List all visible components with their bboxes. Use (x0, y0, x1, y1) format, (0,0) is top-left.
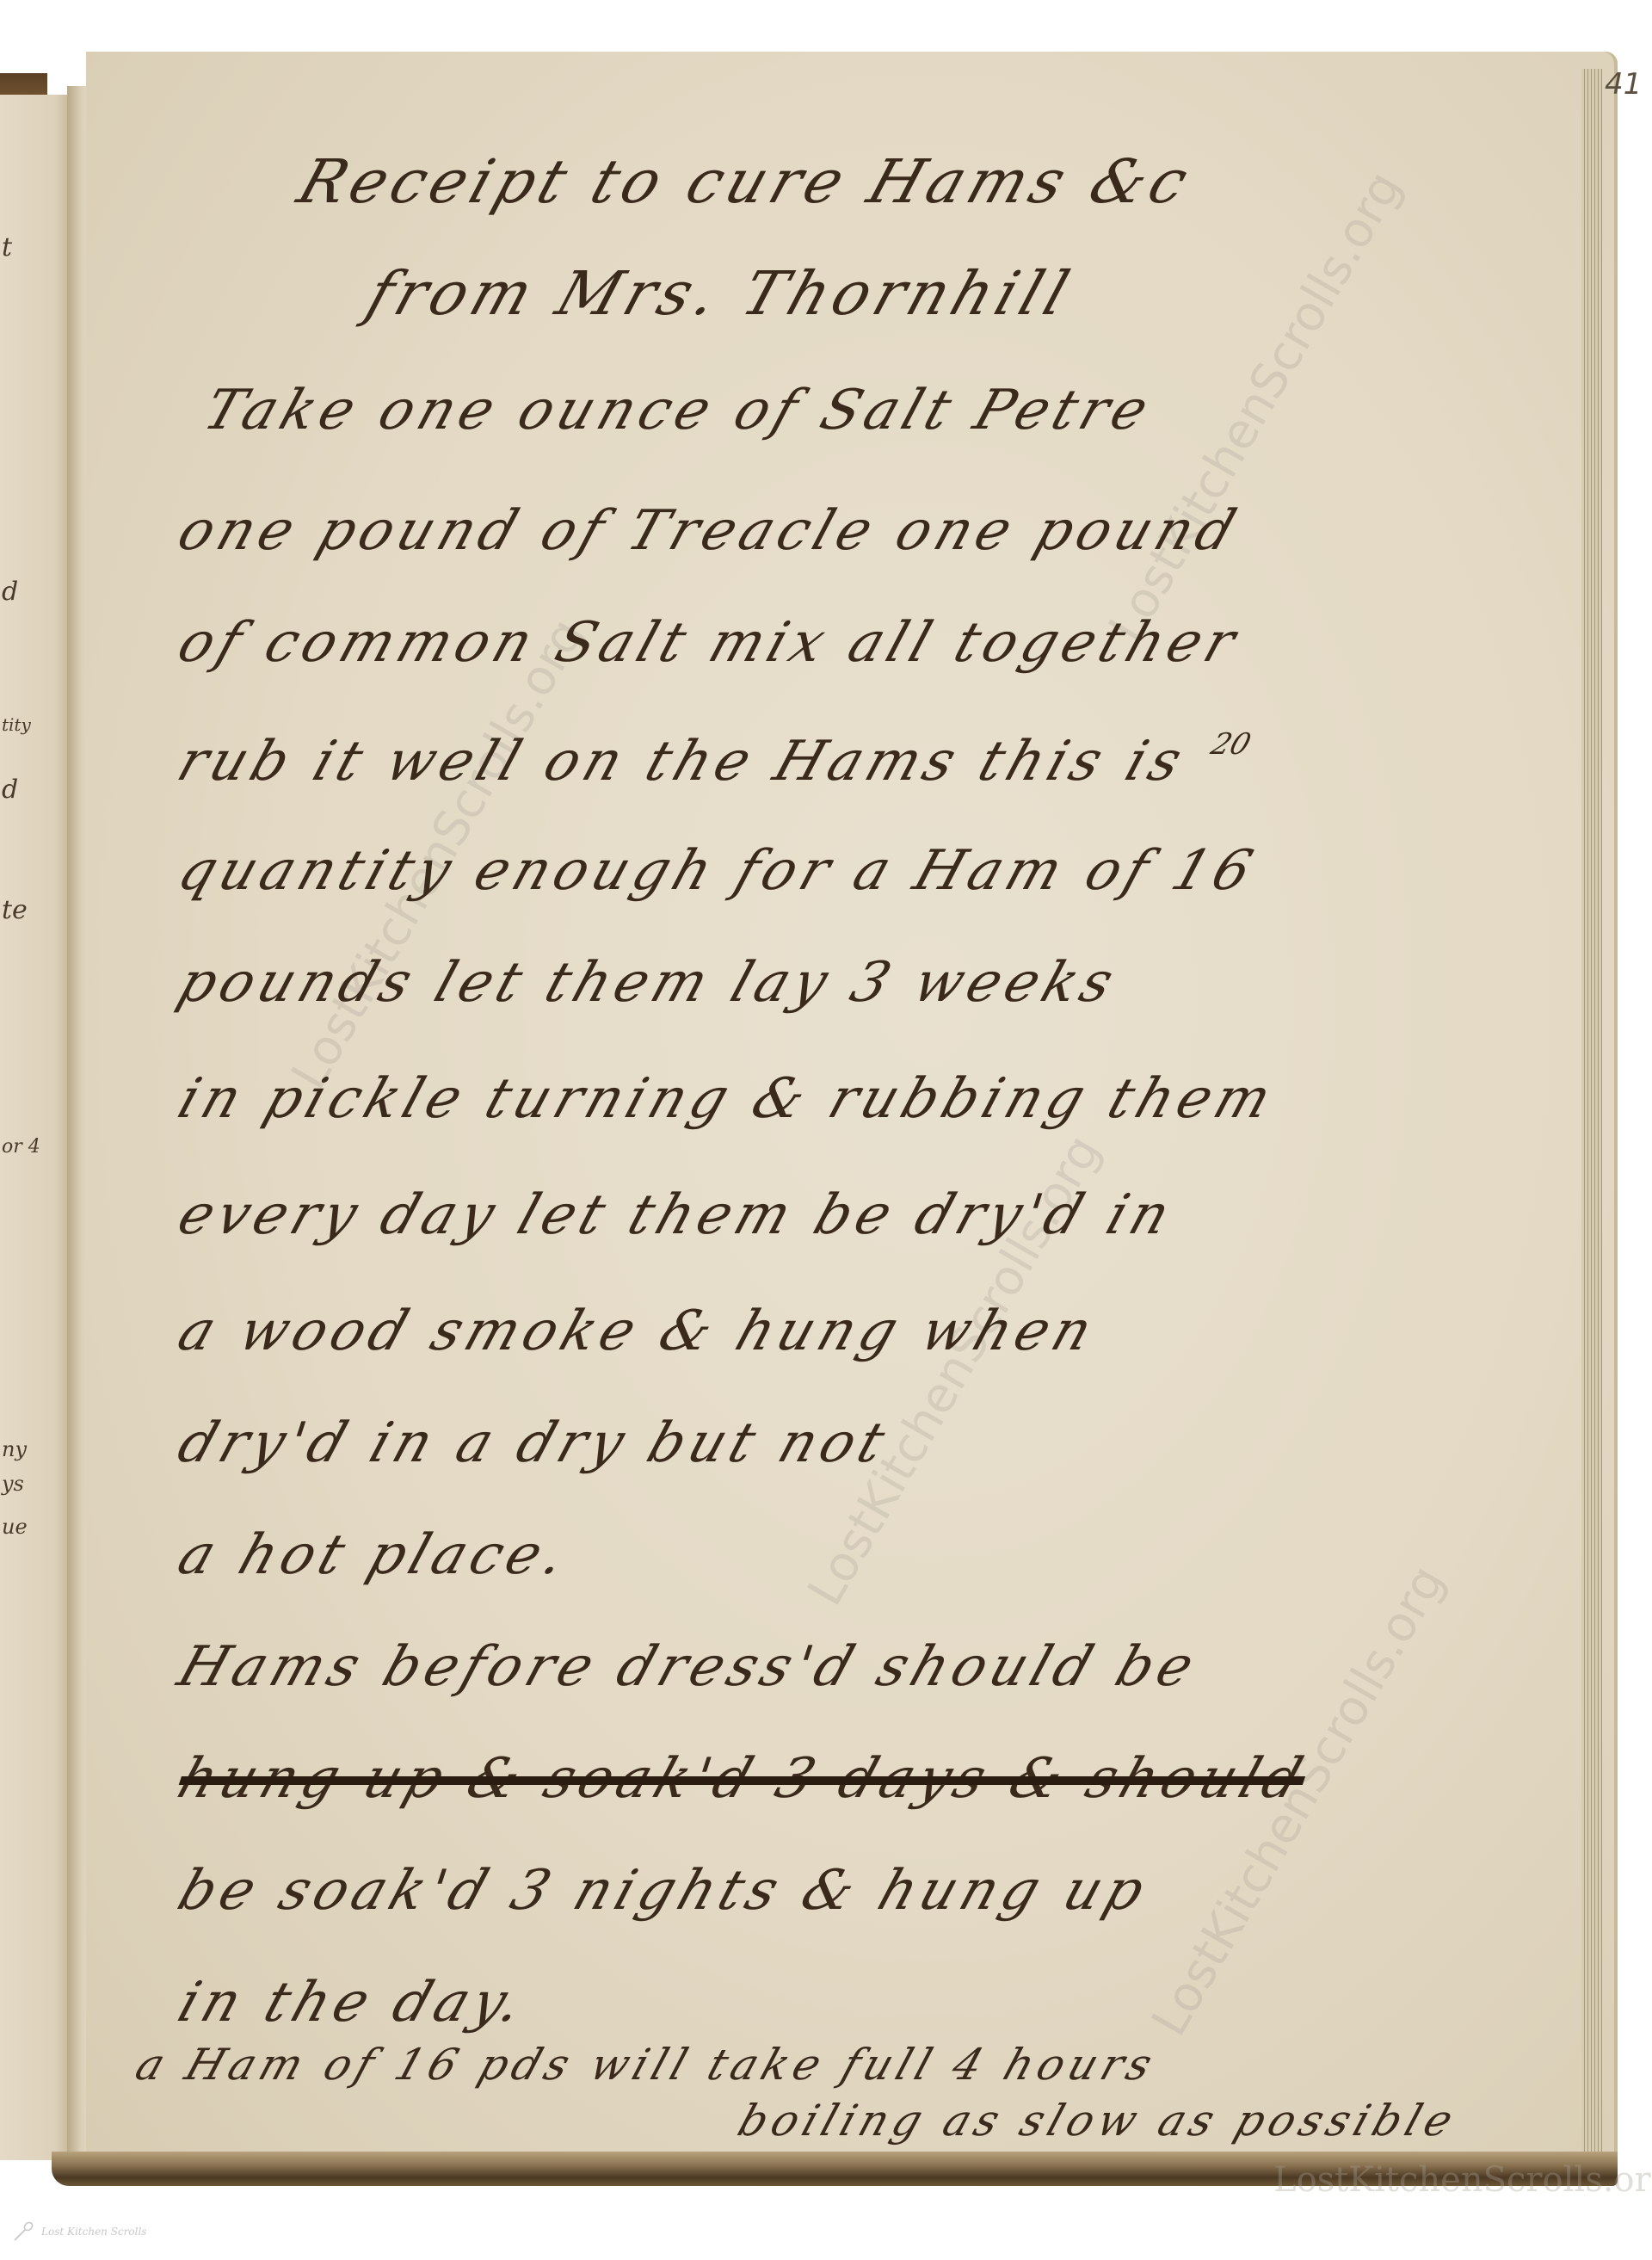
recipe-line: a hot place. (170, 1523, 578, 1587)
left-page-fragment: or 4 (2, 1136, 40, 1158)
recipe-line-text: Hams before dress'd should be (170, 1635, 1206, 1699)
left-page-fragment: t (2, 232, 12, 262)
recipe-line: a wood smoke & hung when (170, 1300, 1105, 1363)
recipe-attribution: from Mrs. Thornhill (359, 258, 1082, 329)
recipe-line: pounds let them lay 3 weeks (170, 951, 1126, 1015)
left-page-edge: t d tity d te or 4 ny ys ue (0, 95, 70, 2160)
recipe-line: in the day. (170, 1971, 535, 2035)
left-page-fragment: ys (2, 1472, 24, 1496)
recipe-line: rub it well on the Hams this is 20 (170, 727, 1254, 793)
recipe-line: Hams before dress'd should be (170, 1635, 1206, 1699)
left-page-fragment: d (2, 775, 18, 805)
recipe-line: in pickle turning & rubbing them (170, 1067, 1284, 1131)
left-page-fragment: d (2, 577, 18, 607)
recipe-line: be soak'd 3 nights & hung up (170, 1859, 1157, 1923)
recipe-line: one pound of Treacle one pound (170, 499, 1248, 563)
recipe-line: a Ham of 16 pds will take full 4 hours (130, 2040, 1164, 2090)
watermark-label: Lost Kitchen Scrolls (41, 2226, 146, 2238)
open-book: t d tity d te or 4 ny ys ue 41 LostKitch… (0, 52, 1652, 2220)
recipe-line-text: dry'd in a dry but not (170, 1411, 897, 1475)
left-page-fragment: ue (2, 1515, 28, 1539)
recipe-line: boiling as slow as possible (732, 2096, 1464, 2146)
recipe-title: Receipt to cure Hams &c (290, 146, 1202, 217)
recipe-line: every day let them be dry'd in (170, 1183, 1182, 1247)
watermark-bottom-right: LostKitchenScrolls.org (1273, 2160, 1652, 2200)
spoon-icon (12, 2220, 34, 2243)
recipe-line: Take one ounce of Salt Petre (196, 379, 1161, 442)
page-edges (1581, 69, 1602, 2160)
manuscript-page: 41 LostKitchenScrolls.org LostKitchenScr… (86, 52, 1618, 2160)
recipe-line: quantity enough for a Ham of 16 (170, 839, 1265, 903)
left-page-fragment: te (2, 895, 28, 925)
page-number: 41 (1605, 67, 1642, 102)
struck-recipe-line: hung up & soak'd 3 days & should (170, 1747, 1315, 1811)
recipe-line-text: rub it well on the Hams this is (170, 730, 1194, 793)
watermark-bottom-left: Lost Kitchen Scrolls (12, 2220, 146, 2243)
recipe-line: of common Salt mix all together (170, 611, 1248, 675)
left-page-fragment: ny (2, 1437, 27, 1461)
recipe-line: dry'd in a dry but not (170, 1411, 897, 1475)
marginal-note: 20 (1206, 727, 1254, 762)
left-page-fragment: tity (2, 714, 31, 735)
